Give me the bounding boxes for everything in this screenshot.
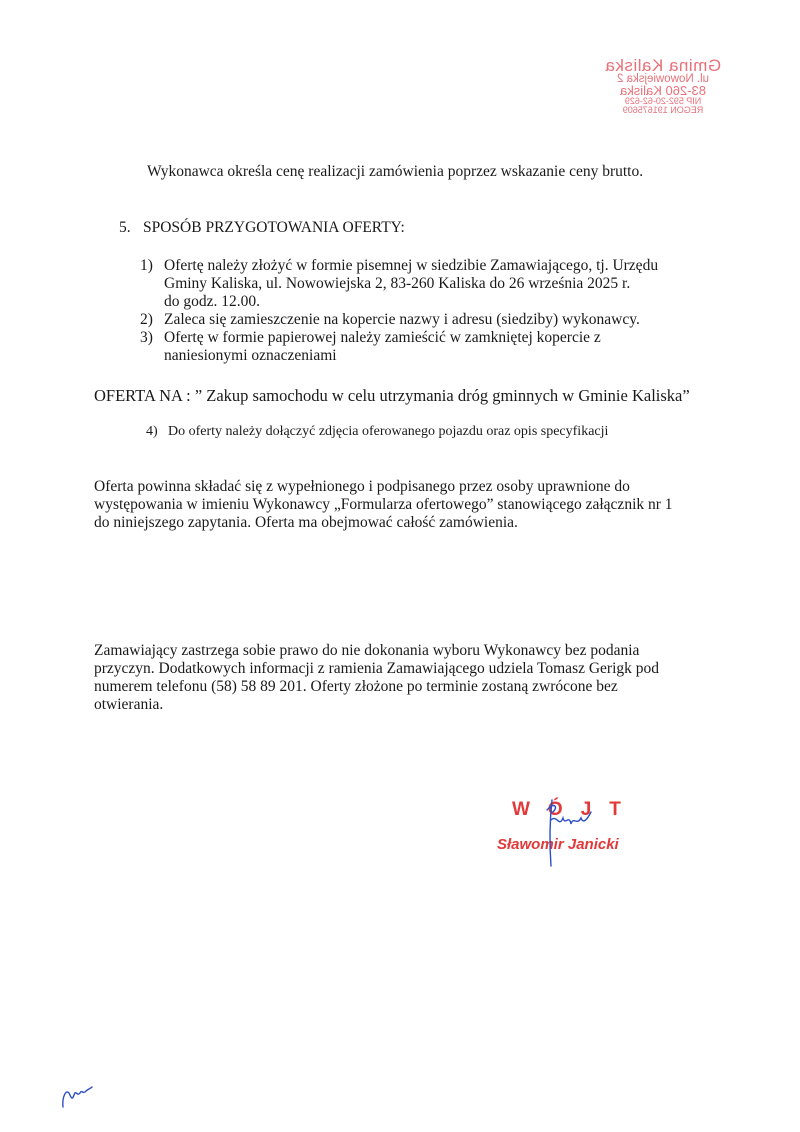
- section-number: 5.: [119, 219, 131, 237]
- handwritten-signature-icon: [535, 798, 625, 868]
- paragraph-line: numerem telefonu (58) 58 89 201. Oferty …: [94, 678, 659, 696]
- office-stamp: Gmina Kaliska ul. Nowowiejska 2 83-260 K…: [583, 58, 743, 115]
- offer-subject: OFERTA NA : ” Zakup samochodu w celu utr…: [94, 387, 690, 405]
- paragraph-line: do niniejszego zapytania. Oferta ma obej…: [94, 514, 673, 532]
- paragraph-line: Zamawiający zastrzega sobie prawo do nie…: [94, 642, 659, 660]
- list-item-line: Ofertę należy złożyć w formie pisemnej w…: [164, 257, 658, 275]
- list-item-line: Zaleca się zamieszczenie na kopercie naz…: [164, 311, 640, 329]
- reservation-paragraph: Zamawiający zastrzega sobie prawo do nie…: [94, 642, 659, 714]
- paragraph-line: Oferta powinna składać się z wypełnioneg…: [94, 478, 673, 496]
- section-title: SPOSÓB PRZYGOTOWANIA OFERTY:: [143, 219, 405, 237]
- list-item-number: 2): [140, 311, 153, 329]
- list-item-number: 1): [140, 257, 153, 275]
- list-item-line: naniesionymi oznaczeniami: [164, 347, 601, 365]
- paragraph-line: otwierania.: [94, 696, 659, 714]
- offer-requirements-paragraph: Oferta powinna składać się z wypełnioneg…: [94, 478, 673, 532]
- list-item-number: 3): [140, 329, 153, 347]
- list-item-line: do godz. 12.00.: [164, 293, 658, 311]
- stamp-line: REGON 191675609: [583, 106, 743, 115]
- list-item-number: 4): [146, 423, 158, 441]
- list-item-line: Gminy Kaliska, ul. Nowowiejska 2, 83-260…: [164, 275, 658, 293]
- stamp-line: Gmina Kaliska: [583, 58, 743, 74]
- paragraph-line: przyczyn. Dodatkowych informacji z ramie…: [94, 660, 659, 678]
- list-item-line: Ofertę w formie papierowej należy zamieś…: [164, 329, 601, 347]
- list-item-line: Do oferty należy dołączyć zdjęcia oferow…: [168, 423, 608, 441]
- paragraph-line: występowania w imieniu Wykonawcy „Formul…: [94, 496, 673, 514]
- initials-signature-icon: [60, 1083, 100, 1111]
- intro-sentence: Wykonawca określa cenę realizacji zamówi…: [147, 163, 643, 181]
